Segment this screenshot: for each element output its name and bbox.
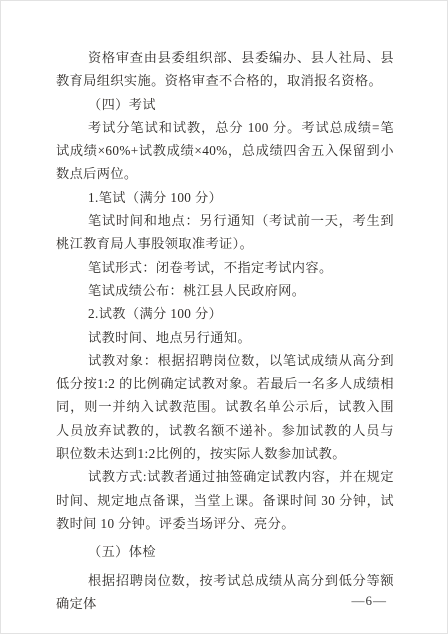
heading-section-4-exam: （四）考试 (56, 93, 394, 116)
paragraph-qualification-review: 资格审查由县委组织部、县委编办、县人社局、县教育局组织实施。资格审查不合格的，取… (56, 46, 394, 93)
heading-section-5-physical: （五）体检 (56, 540, 394, 563)
paragraph-written-format: 笔试形式：闭卷考试，不指定考试内容。 (56, 256, 394, 279)
paragraph-trial-method: 试教方式:试教者通过抽签确定试教内容，并在规定时间、规定地点备课，当堂上课。备课… (56, 465, 394, 535)
paragraph-written-results: 笔试成绩公布：桃江县人民政府网。 (56, 279, 394, 302)
document-body: 资格审查由县委组织部、县委编办、县人社局、县教育局组织实施。资格审查不合格的，取… (56, 46, 394, 615)
document-page: 资格审查由县委组织部、县委编办、县人社局、县教育局组织实施。资格审查不合格的，取… (0, 0, 448, 634)
paragraph-trial-time: 试教时间、地点另行通知。 (56, 326, 394, 349)
paragraph-trial-candidates: 试教对象：根据招聘岗位数，以笔试成绩从高分到低分按1:2 的比例确定试教对象。若… (56, 349, 394, 465)
page-number: —6— (352, 593, 388, 609)
paragraph-physical-exam: 根据招聘岗位数，按考试总成绩从高分到低分等额确定体 (56, 569, 394, 616)
paragraph-written-time-location: 笔试时间和地点：另行通知（考试前一天，考生到桃江教育局人事股领取准考证）。 (56, 209, 394, 256)
heading-trial-teaching: 2.试教（满分 100 分） (56, 302, 394, 325)
paragraph-exam-composition: 考试分笔试和试教，总分 100 分。考试总成绩=笔试成绩×60%+试教成绩×40… (56, 116, 394, 186)
heading-written-test: 1.笔试（满分 100 分） (56, 186, 394, 209)
